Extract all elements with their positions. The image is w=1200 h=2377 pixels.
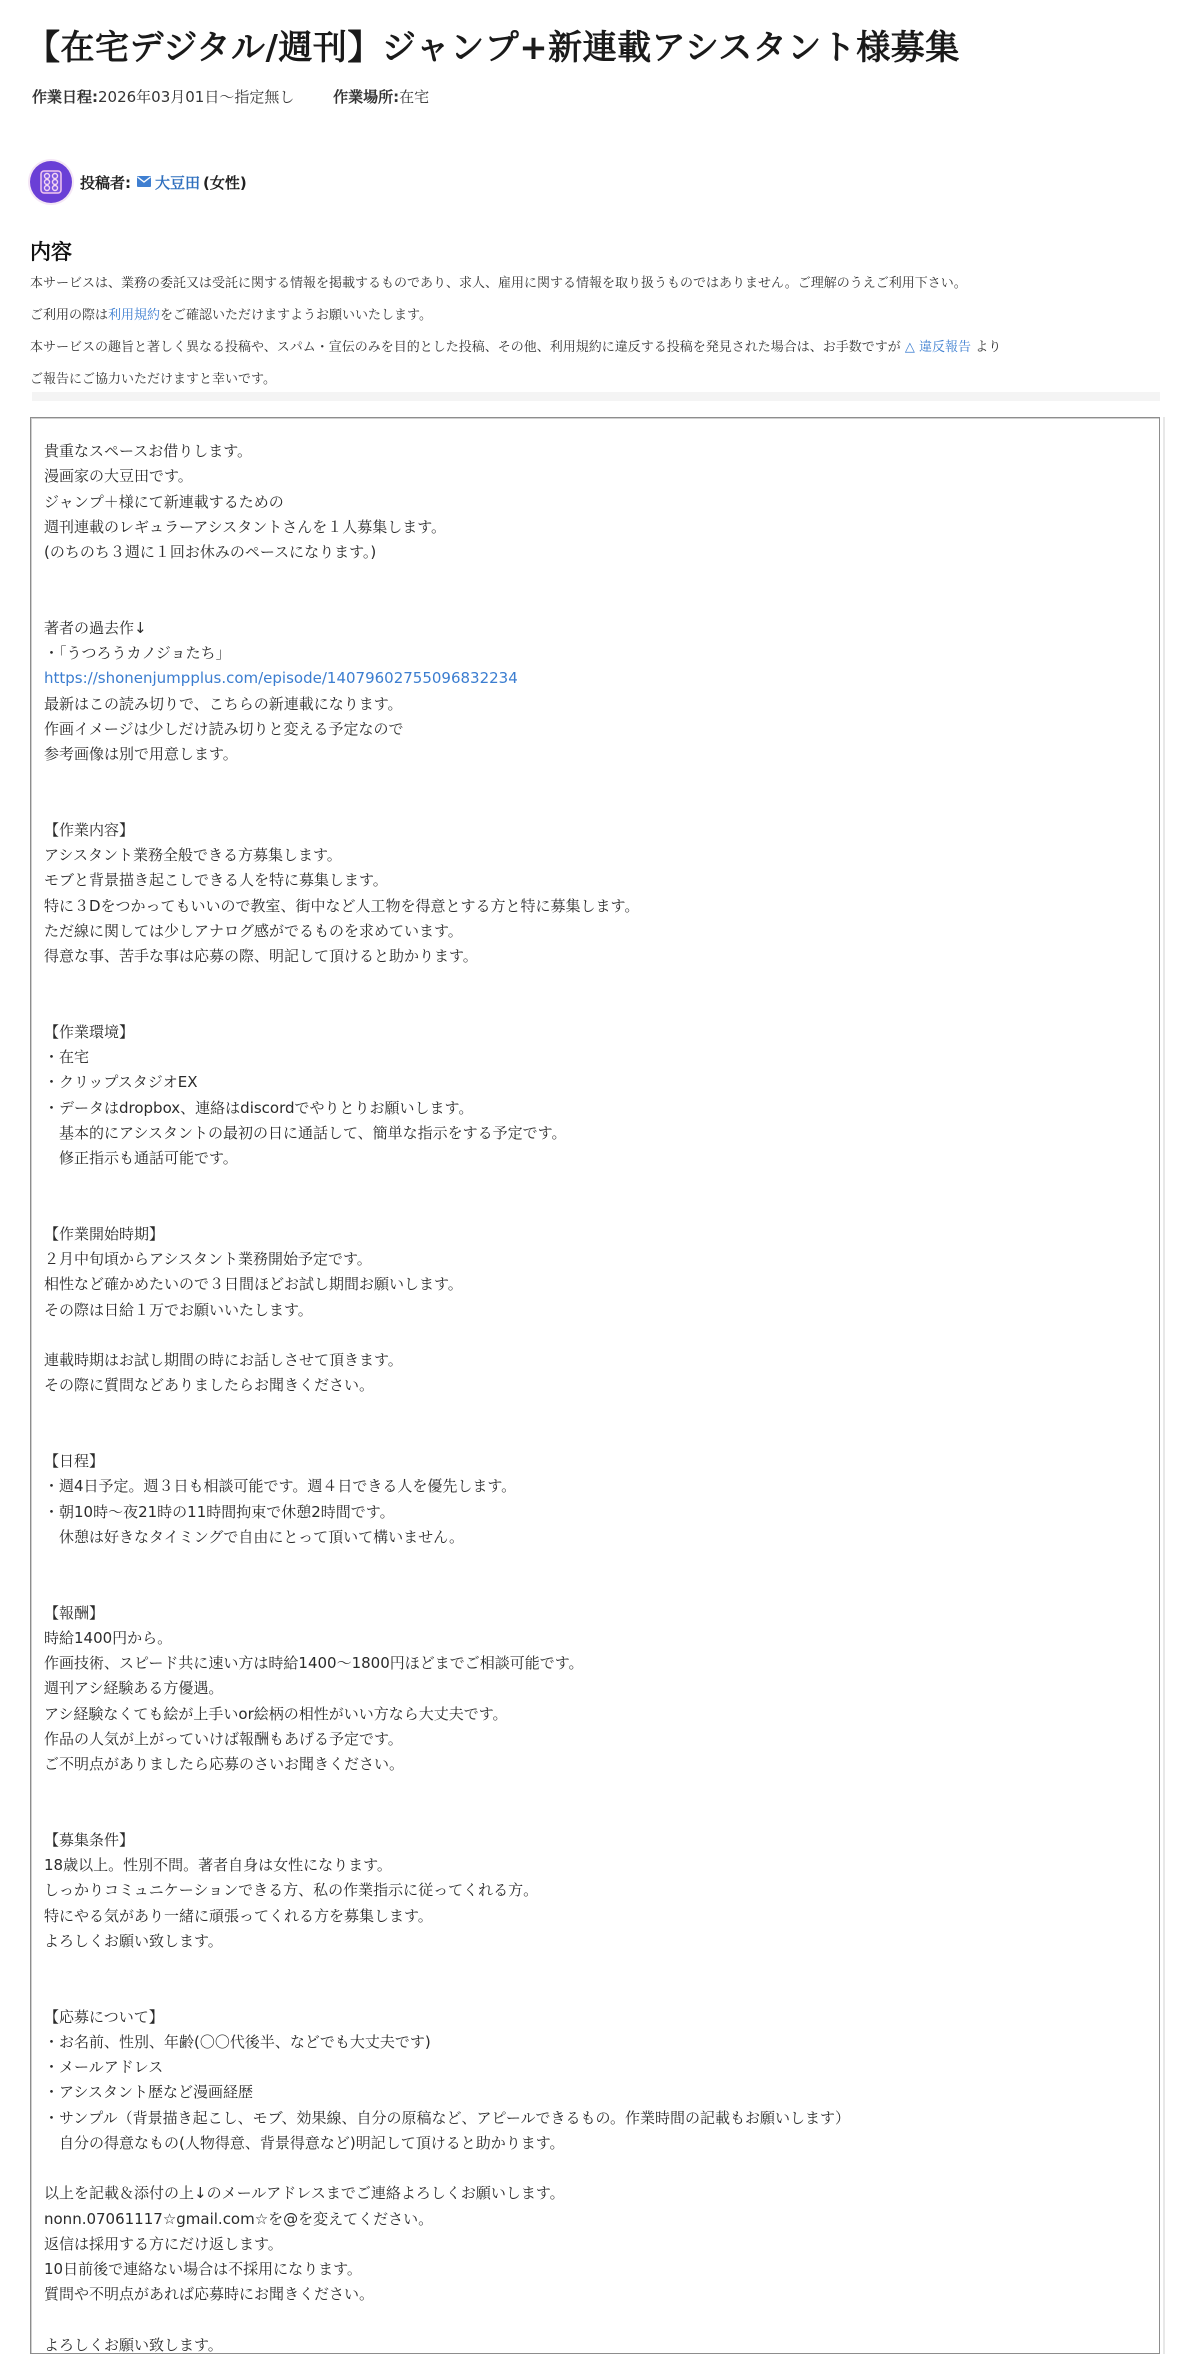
body-line: 連載時期はお試し期間の時にお話しさせて頂きます。 xyxy=(44,1348,1147,1373)
body-line: ・お名前、性別、年齢(〇〇代後半、などでも大丈夫です) xyxy=(44,2030,1147,2055)
body-line: 返信は採用する方にだけ返します。 xyxy=(44,2232,1147,2257)
body-line: 作画イメージは少しだけ読み切りと変える予定なので xyxy=(44,717,1147,742)
body-line: 時給1400円から。 xyxy=(44,1626,1147,1651)
blank-line xyxy=(44,767,1147,792)
body-line: 【作業内容】 xyxy=(44,818,1147,843)
notice-text: 本サービスの趣旨と著しく異なる投稿や、スパム・宣伝のみを目的とした投稿、その他、… xyxy=(30,340,901,355)
blank-line xyxy=(44,1323,1147,1348)
blank-line xyxy=(44,1979,1147,2004)
scrollbar[interactable] xyxy=(1163,417,1165,2354)
body-line: ・「うつろうカノジョたち」 xyxy=(44,641,1147,666)
schedule-label: 作業日程: xyxy=(32,88,98,106)
post-body: 貴重なスペースお借りします。漫画家の大豆田です。ジャンプ＋様にて新連載するための… xyxy=(30,417,1160,2354)
section-heading: 内容 xyxy=(30,236,72,266)
avatar[interactable] xyxy=(30,161,72,203)
body-line: 以上を記載＆添付の上↓のメールアドレスまでご連絡よろしくお願いします。 xyxy=(44,2181,1147,2206)
body-line: ・クリップスタジオEX xyxy=(44,1070,1147,1095)
terms-link[interactable]: 利用規約 xyxy=(108,308,160,323)
body-line: ・在宅 xyxy=(44,1045,1147,1070)
body-line: 質問や不明点があれば応募時にお聞きください。 xyxy=(44,2282,1147,2307)
body-line: 【募集条件】 xyxy=(44,1828,1147,1853)
schedule: 作業日程:2026年03月01日〜指定無し xyxy=(32,88,299,106)
author-label: 投稿者: xyxy=(80,172,131,193)
schedule-value: 2026年03月01日〜指定無し xyxy=(98,88,294,106)
body-line: ２月中旬頃からアシスタント業務開始予定です。 xyxy=(44,1247,1147,1272)
blank-line xyxy=(44,1171,1147,1196)
blank-line xyxy=(44,1399,1147,1424)
service-notice: 本サービスは、業務の委託又は受託に関する情報を掲載するものであり、求人、雇用に関… xyxy=(30,268,1160,396)
body-line: 休憩は好きなタイミングで自由にとって頂いて構いません。 xyxy=(44,1525,1147,1550)
body-line: ただ線に関しては少しアナログ感がでるものを求めています。 xyxy=(44,919,1147,944)
body-line: 10日前後で連絡ない場合は不採用になります。 xyxy=(44,2257,1147,2282)
body-line: 漫画家の大豆田です。 xyxy=(44,464,1147,489)
notice-text: をご確認いただけますようお願いいたします。 xyxy=(160,308,432,323)
body-line: 修正指示も通話可能です。 xyxy=(44,1146,1147,1171)
body-line: ・サンプル（背景描き起こし、モブ、効果線、自分の原稿など、アピールできるもの。作… xyxy=(44,2106,1147,2131)
post-title: 【在宅デジタル/週刊】ジャンプ+新連載アシスタント様募集 xyxy=(26,20,960,69)
blank-line xyxy=(44,995,1147,1020)
blank-line xyxy=(44,1550,1147,1575)
location: 作業場所:在宅 xyxy=(333,88,429,106)
notice-text: ご利用の際は xyxy=(30,308,108,323)
post-meta: 作業日程:2026年03月01日〜指定無し 作業場所:在宅 xyxy=(32,86,463,107)
notice-line-3: 本サービスの趣旨と著しく異なる投稿や、スパム・宣伝のみを目的とした投稿、その他、… xyxy=(30,332,1160,364)
body-line: よろしくお願い致します。 xyxy=(44,1929,1147,1954)
location-label: 作業場所: xyxy=(333,88,399,106)
body-line: 自分の得意なもの(人物得意、背景得意など)明記して頂けると助かります。 xyxy=(44,2131,1147,2156)
blank-line xyxy=(44,1424,1147,1449)
body-line: その際は日給１万でお願いいたします。 xyxy=(44,1298,1147,1323)
body-line: 著者の過去作↓ xyxy=(44,616,1147,641)
body-line: 得意な事、苦手な事は応募の際、明記して頂けると助かります。 xyxy=(44,944,1147,969)
body-line: 週刊アシ経験ある方優遇。 xyxy=(44,1676,1147,1701)
body-line: ・メールアドレス xyxy=(44,2055,1147,2080)
body-line: その際に質問などありましたらお聞きください。 xyxy=(44,1373,1147,1398)
body-line: (のちのち３週に１回お休みのペースになります。) xyxy=(44,540,1147,565)
body-line: 【作業環境】 xyxy=(44,1020,1147,1045)
body-line: ジャンプ＋様にて新連載するための xyxy=(44,490,1147,515)
body-line: 18歳以上。性別不問。著者自身は女性になります。 xyxy=(44,1853,1147,1878)
body-line: 特にやる気があり一緒に頑張ってくれる方を募集します。 xyxy=(44,1904,1147,1929)
body-line: https://shonenjumpplus.com/episode/14079… xyxy=(44,666,1147,691)
body-line: ・週4日予定。週３日も相談可能です。週４日できる人を優先します。 xyxy=(44,1474,1147,1499)
body-line: ・アシスタント歴など漫画経歴 xyxy=(44,2080,1147,2105)
body-line: 相性など確かめたいので３日間ほどお試し期間お願いします。 xyxy=(44,1272,1147,1297)
body-line: モブと背景描き起こしできる人を特に募集します。 xyxy=(44,868,1147,893)
body-line: nonn.07061117☆gmail.com☆を@を変えてください。 xyxy=(44,2207,1147,2232)
author-name-link[interactable]: 大豆田 xyxy=(155,172,200,193)
blank-line xyxy=(44,565,1147,590)
notice-line-1: 本サービスは、業務の委託又は受託に関する情報を掲載するものであり、求人、雇用に関… xyxy=(30,268,1160,300)
body-line: ・朝10時〜夜21時の11時間拘束で休憩2時間です。 xyxy=(44,1500,1147,1525)
body-line: 作画技術、スピード共に速い方は時給1400〜1800円ほどまでご相談可能です。 xyxy=(44,1651,1147,1676)
blank-line xyxy=(44,793,1147,818)
blank-line xyxy=(44,591,1147,616)
body-line: ご不明点がありましたら応募のさいお聞きください。 xyxy=(44,1752,1147,1777)
notice-fade xyxy=(32,392,1160,401)
body-line: 【応募について】 xyxy=(44,2005,1147,2030)
blank-line xyxy=(44,2156,1147,2181)
body-line: 基本的にアシスタントの最初の日に通話して、簡単な指示をする予定です。 xyxy=(44,1121,1147,1146)
body-line: ・データはdropbox、連絡はdiscordでやりとりお願いします。 xyxy=(44,1096,1147,1121)
blank-line xyxy=(44,969,1147,994)
body-line: 【作業開始時期】 xyxy=(44,1222,1147,1247)
avatar-pattern-icon xyxy=(38,169,64,195)
blank-line xyxy=(44,1575,1147,1600)
body-line: 【報酬】 xyxy=(44,1601,1147,1626)
body-line: 作品の人気が上がっていけば報酬もあげる予定です。 xyxy=(44,1727,1147,1752)
author-gender: (女性) xyxy=(203,172,247,193)
blank-line xyxy=(44,1954,1147,1979)
blank-line xyxy=(44,1777,1147,1802)
body-line: 貴重なスペースお借りします。 xyxy=(44,439,1147,464)
body-line: 【日程】 xyxy=(44,1449,1147,1474)
blank-line xyxy=(44,2308,1147,2333)
blank-line xyxy=(44,1197,1147,1222)
notice-text: より xyxy=(975,340,1001,355)
body-line: 最新はこの読み切りで、こちらの新連載になります。 xyxy=(44,692,1147,717)
location-value: 在宅 xyxy=(399,88,429,106)
body-line: しっかりコミュニケーションできる方、私の作業指示に従ってくれる方。 xyxy=(44,1878,1147,1903)
body-line: 参考画像は別で用意します。 xyxy=(44,742,1147,767)
body-line: アシ経験なくても絵が上手いor絵柄の相性がいい方なら大丈夫です。 xyxy=(44,1702,1147,1727)
body-line: 週刊連載のレギュラーアシスタントさんを１人募集します。 xyxy=(44,515,1147,540)
body-line: よろしくお願い致します。 xyxy=(44,2333,1147,2358)
body-line: 特に３Dをつかってもいいので教室、街中など人工物を得意とする方と特に募集します。 xyxy=(44,894,1147,919)
notice-line-2: ご利用の際は利用規約をご確認いただけますようお願いいたします。 xyxy=(30,300,1160,332)
warning-icon: △ xyxy=(905,340,915,355)
author-row: 投稿者: 大豆田 (女性) xyxy=(30,161,247,203)
mail-icon[interactable] xyxy=(137,173,151,191)
past-work-link[interactable]: https://shonenjumpplus.com/episode/14079… xyxy=(44,669,518,687)
report-link[interactable]: 違反報告 xyxy=(919,340,971,355)
body-line: アシスタント業務全般できる方募集します。 xyxy=(44,843,1147,868)
blank-line xyxy=(44,1803,1147,1828)
